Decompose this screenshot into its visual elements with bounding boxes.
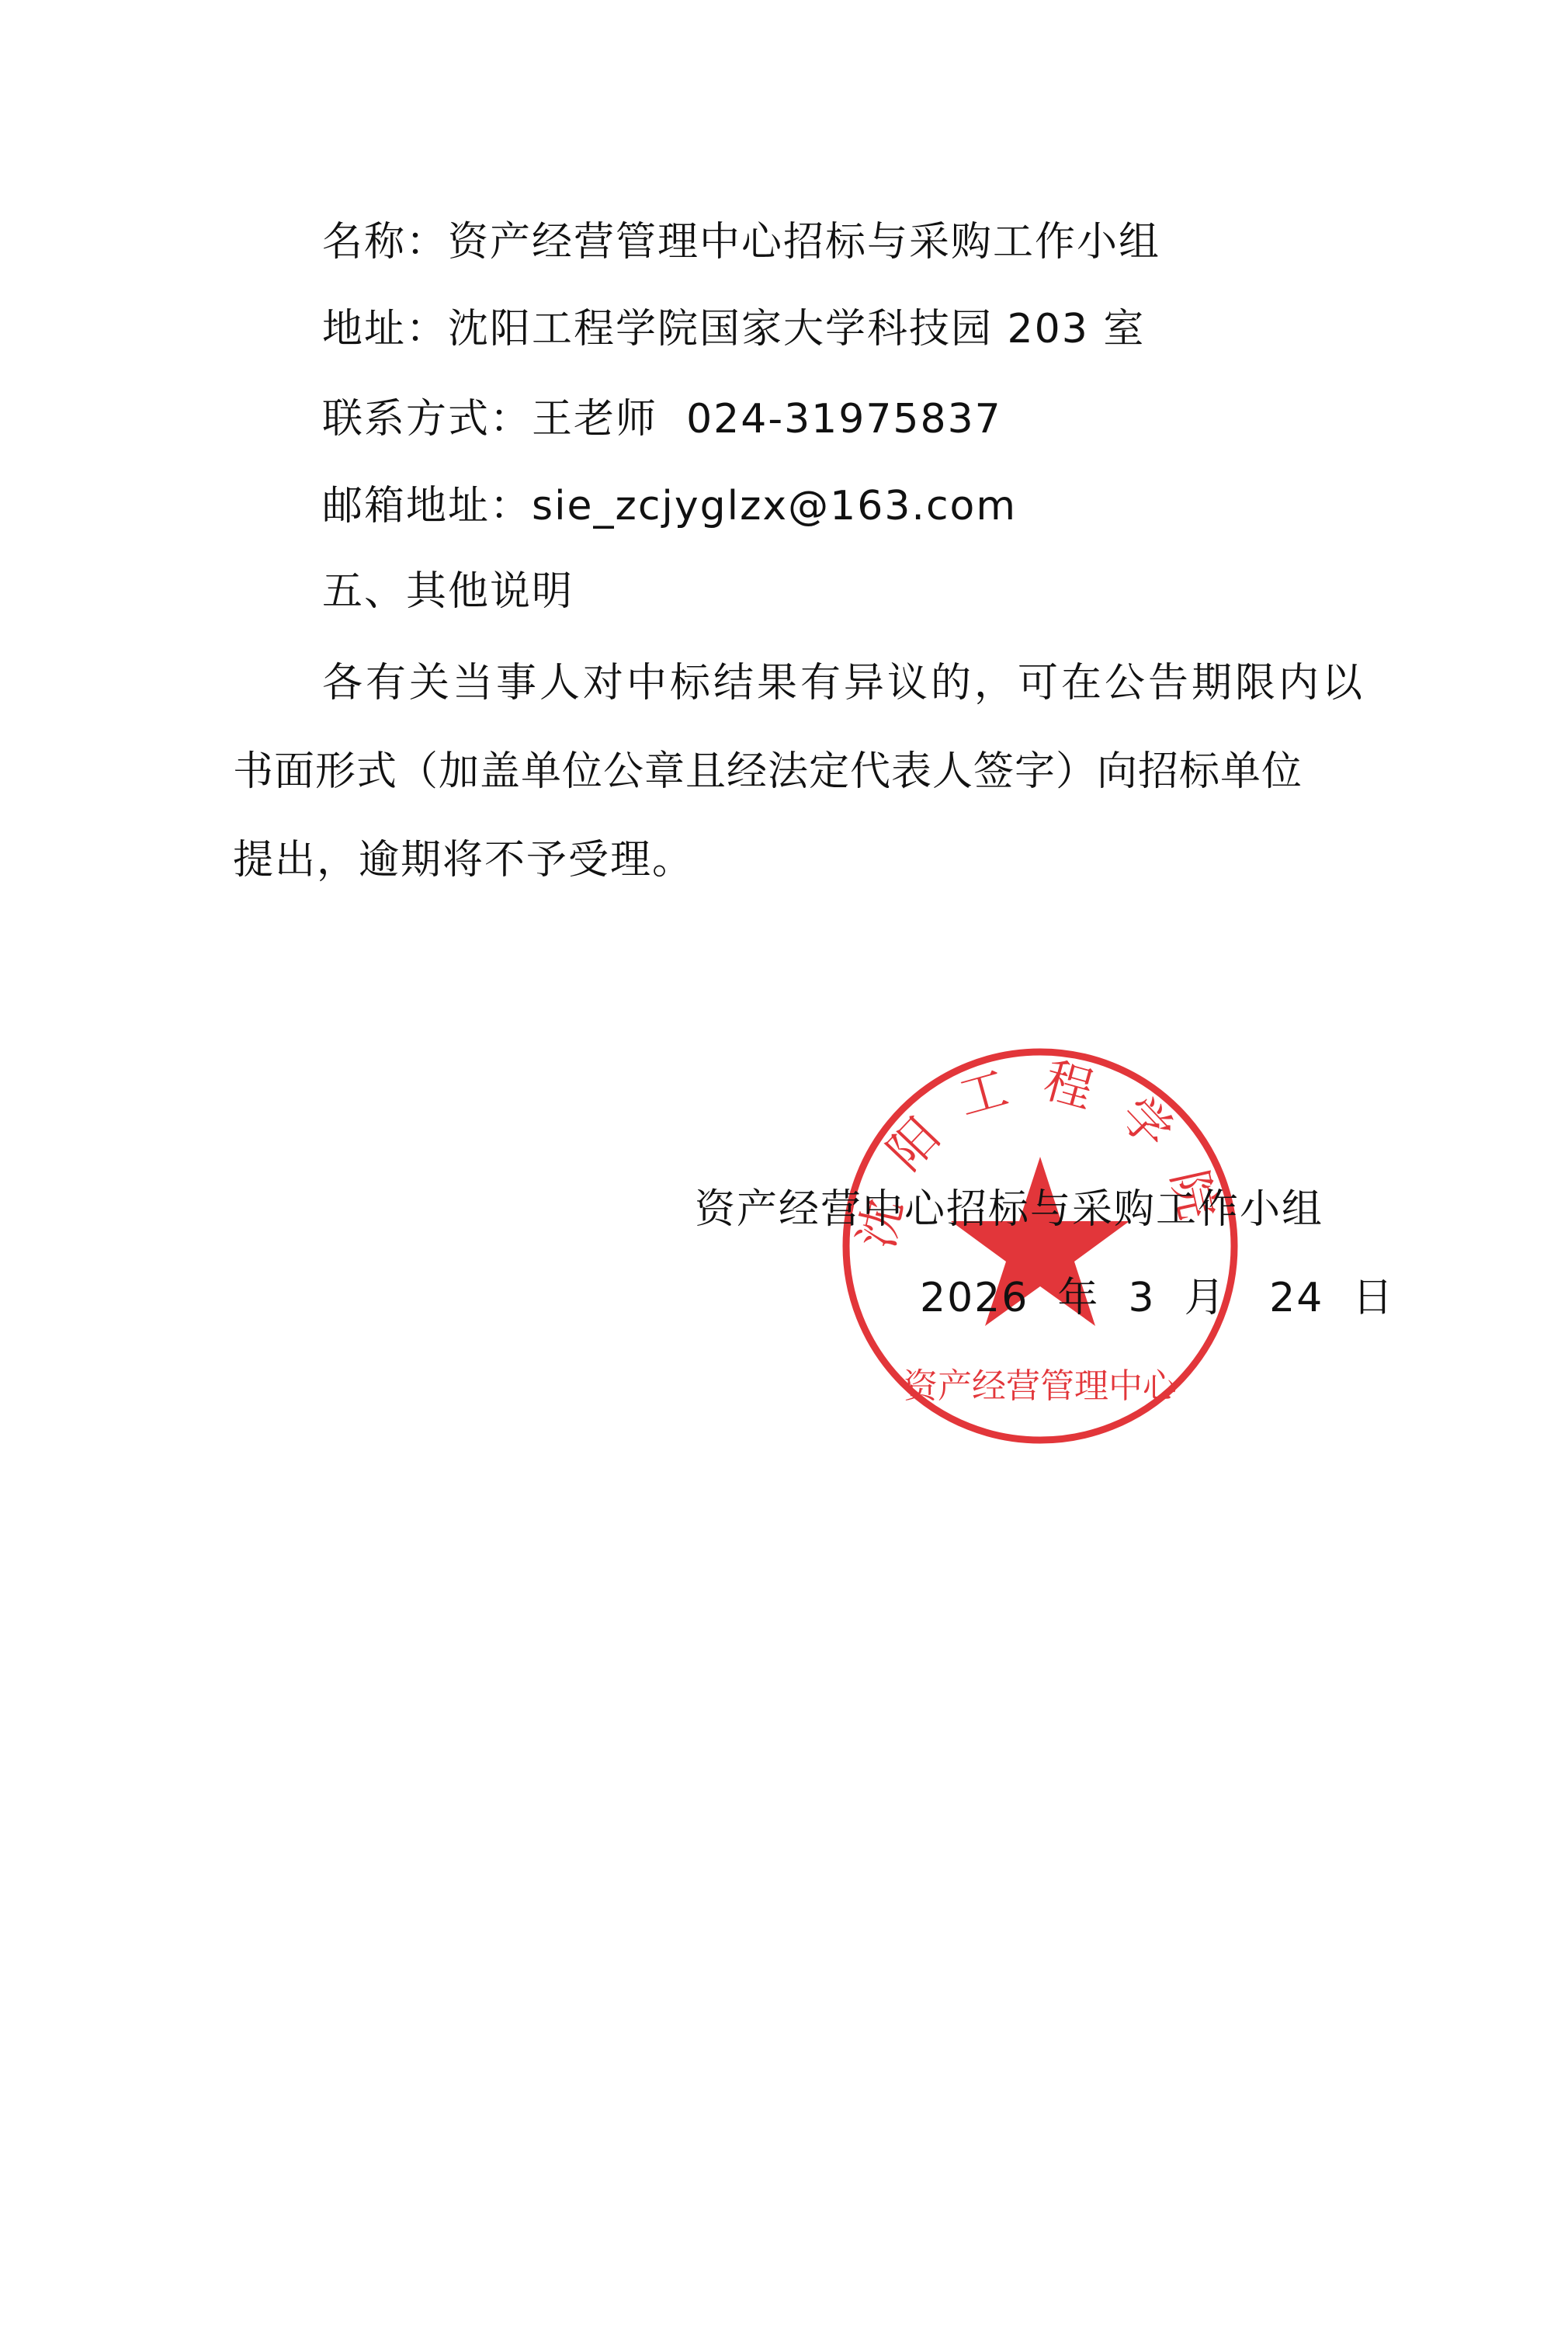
official-stamp: 沈阳工程学院 资产经营管理中心 xyxy=(838,1044,1242,1448)
section-heading: 五、其他说明 xyxy=(322,567,574,616)
name-value: 资产经营管理中心招标与采购工作小组 xyxy=(448,219,1160,266)
paragraph-line-3: 提出，逾期将不予受理。 xyxy=(233,835,694,885)
signature-org: 资产经营中心招标与采购工作小组 xyxy=(695,1185,1323,1234)
address-label: 地址： xyxy=(322,306,448,352)
paragraph-line-2: 书面形式（加盖单位公章且经法定代表人签字）向招标单位 xyxy=(233,747,1303,797)
email-label: 邮箱地址： xyxy=(322,483,532,529)
stamp-bottom-text: 资产经营管理中心 xyxy=(904,1366,1178,1406)
phone-line: 联系方式：王老师 024-31975837 xyxy=(322,394,1002,444)
email-value: sie_zcjyglzx@163.com xyxy=(532,483,1017,529)
name-label: 名称： xyxy=(322,219,448,266)
paragraph-line-1: 各有关当事人对中标结果有异议的，可在公告期限内以 xyxy=(322,658,1365,708)
signature-date: 2026 年 3 月 24 日 xyxy=(920,1273,1394,1323)
phone-label: 联系方式： xyxy=(322,396,532,443)
address-line: 地址：沈阳工程学院国家大学科技园 203 室 xyxy=(322,304,1145,354)
name-line: 名称：资产经营管理中心招标与采购工作小组 xyxy=(322,217,1160,267)
email-line: 邮箱地址：sie_zcjyglzx@163.com xyxy=(322,481,1017,531)
address-value: 沈阳工程学院国家大学科技园 203 室 xyxy=(448,306,1145,352)
phone-value: 王老师 024-31975837 xyxy=(532,396,1002,443)
